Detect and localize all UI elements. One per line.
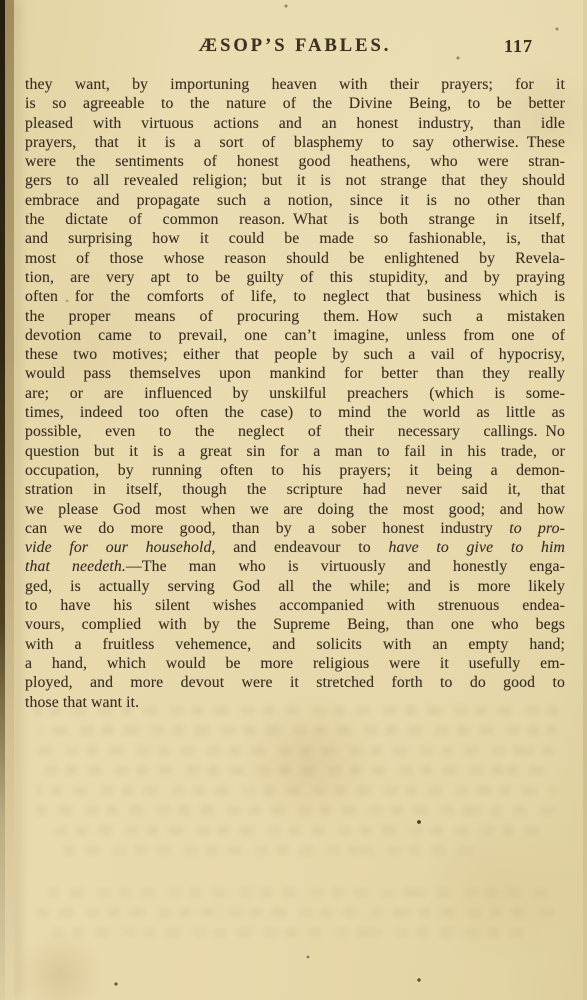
text-line: with a fruitless vehemence, and solicits… <box>25 635 565 654</box>
show-through-line <box>34 706 558 715</box>
show-through-line <box>32 746 558 755</box>
show-through-line <box>62 846 478 855</box>
show-through-line <box>32 908 556 917</box>
text-line: the dictate of common reason. What is bo… <box>25 210 565 229</box>
text-line: a hand, which would be more religious we… <box>25 654 565 673</box>
page-edge-band <box>5 0 14 1000</box>
text-line: we please God most when we are doing the… <box>25 500 565 519</box>
text-line: ployed, and more devout were it stretche… <box>25 673 565 692</box>
running-header: ÆSOP’S FABLES. 117 <box>25 36 565 60</box>
text-line: times, indeed too often the case) to min… <box>25 403 565 422</box>
show-through-line <box>32 806 558 815</box>
show-through-line <box>52 928 538 937</box>
text-line: prayers, that it is a sort of blasphemy … <box>25 133 565 152</box>
text-line: tion, are very apt to be guilty of this … <box>25 268 565 287</box>
text-line: to have his silent wishes accompanied wi… <box>25 596 565 615</box>
book-page: ÆSOP’S FABLES. 117 they want, by importu… <box>0 0 587 1000</box>
text-line: devotion came to prevail, one can’t imag… <box>25 326 565 345</box>
page-right-edge <box>583 0 587 1000</box>
text-line: vours, complied with by the Supreme Bein… <box>25 615 565 634</box>
header-title: ÆSOP’S FABLES. <box>25 36 565 57</box>
text-line: most of those whose reason should be enl… <box>25 249 565 268</box>
text-line: possible, even to the neglect of their n… <box>25 422 565 441</box>
text-line: can we do more good, than by a sober hon… <box>25 519 565 538</box>
text-line: pleased with virtuous actions and an hon… <box>25 114 565 133</box>
page-text: they want, by importuning heaven with th… <box>25 75 565 712</box>
text-line: they want, by importuning heaven with th… <box>25 75 565 94</box>
text-line: gers to all revealed religion; but it is… <box>25 171 565 190</box>
text-line: occupation, by running often to his pray… <box>25 461 565 480</box>
show-through-line <box>42 888 550 897</box>
show-through-line <box>46 826 544 835</box>
text-line: these two motives; either that people by… <box>25 345 565 364</box>
text-line: question but it is a great sin for a man… <box>25 442 565 461</box>
text-line: were the sentiments of honest good heath… <box>25 152 565 171</box>
text-line: that needeth.—The man who is virtuously … <box>25 557 565 576</box>
page-number: 117 <box>504 36 533 57</box>
show-through-line <box>42 766 554 775</box>
text-line: vide for our household, and endeavour to… <box>25 538 565 557</box>
text-line: embrace and propagate such a notion, sin… <box>25 191 565 210</box>
text-line: ged, is actually serving God all the whi… <box>25 577 565 596</box>
text-line: and surprising how it could be made so f… <box>25 229 565 248</box>
text-line: stration in itself, though the scripture… <box>25 480 565 499</box>
show-through-line <box>40 726 556 735</box>
show-through-line <box>36 786 556 795</box>
text-line: is so agreeable to the nature of the Div… <box>25 94 565 113</box>
text-line: often for the comforts of life, to negle… <box>25 287 565 306</box>
text-line: the proper means of procuring them. How … <box>25 307 565 326</box>
text-line: would pass themselves upon mankind for b… <box>25 364 565 383</box>
text-line: are; or are influenced by unskilful prea… <box>25 384 565 403</box>
